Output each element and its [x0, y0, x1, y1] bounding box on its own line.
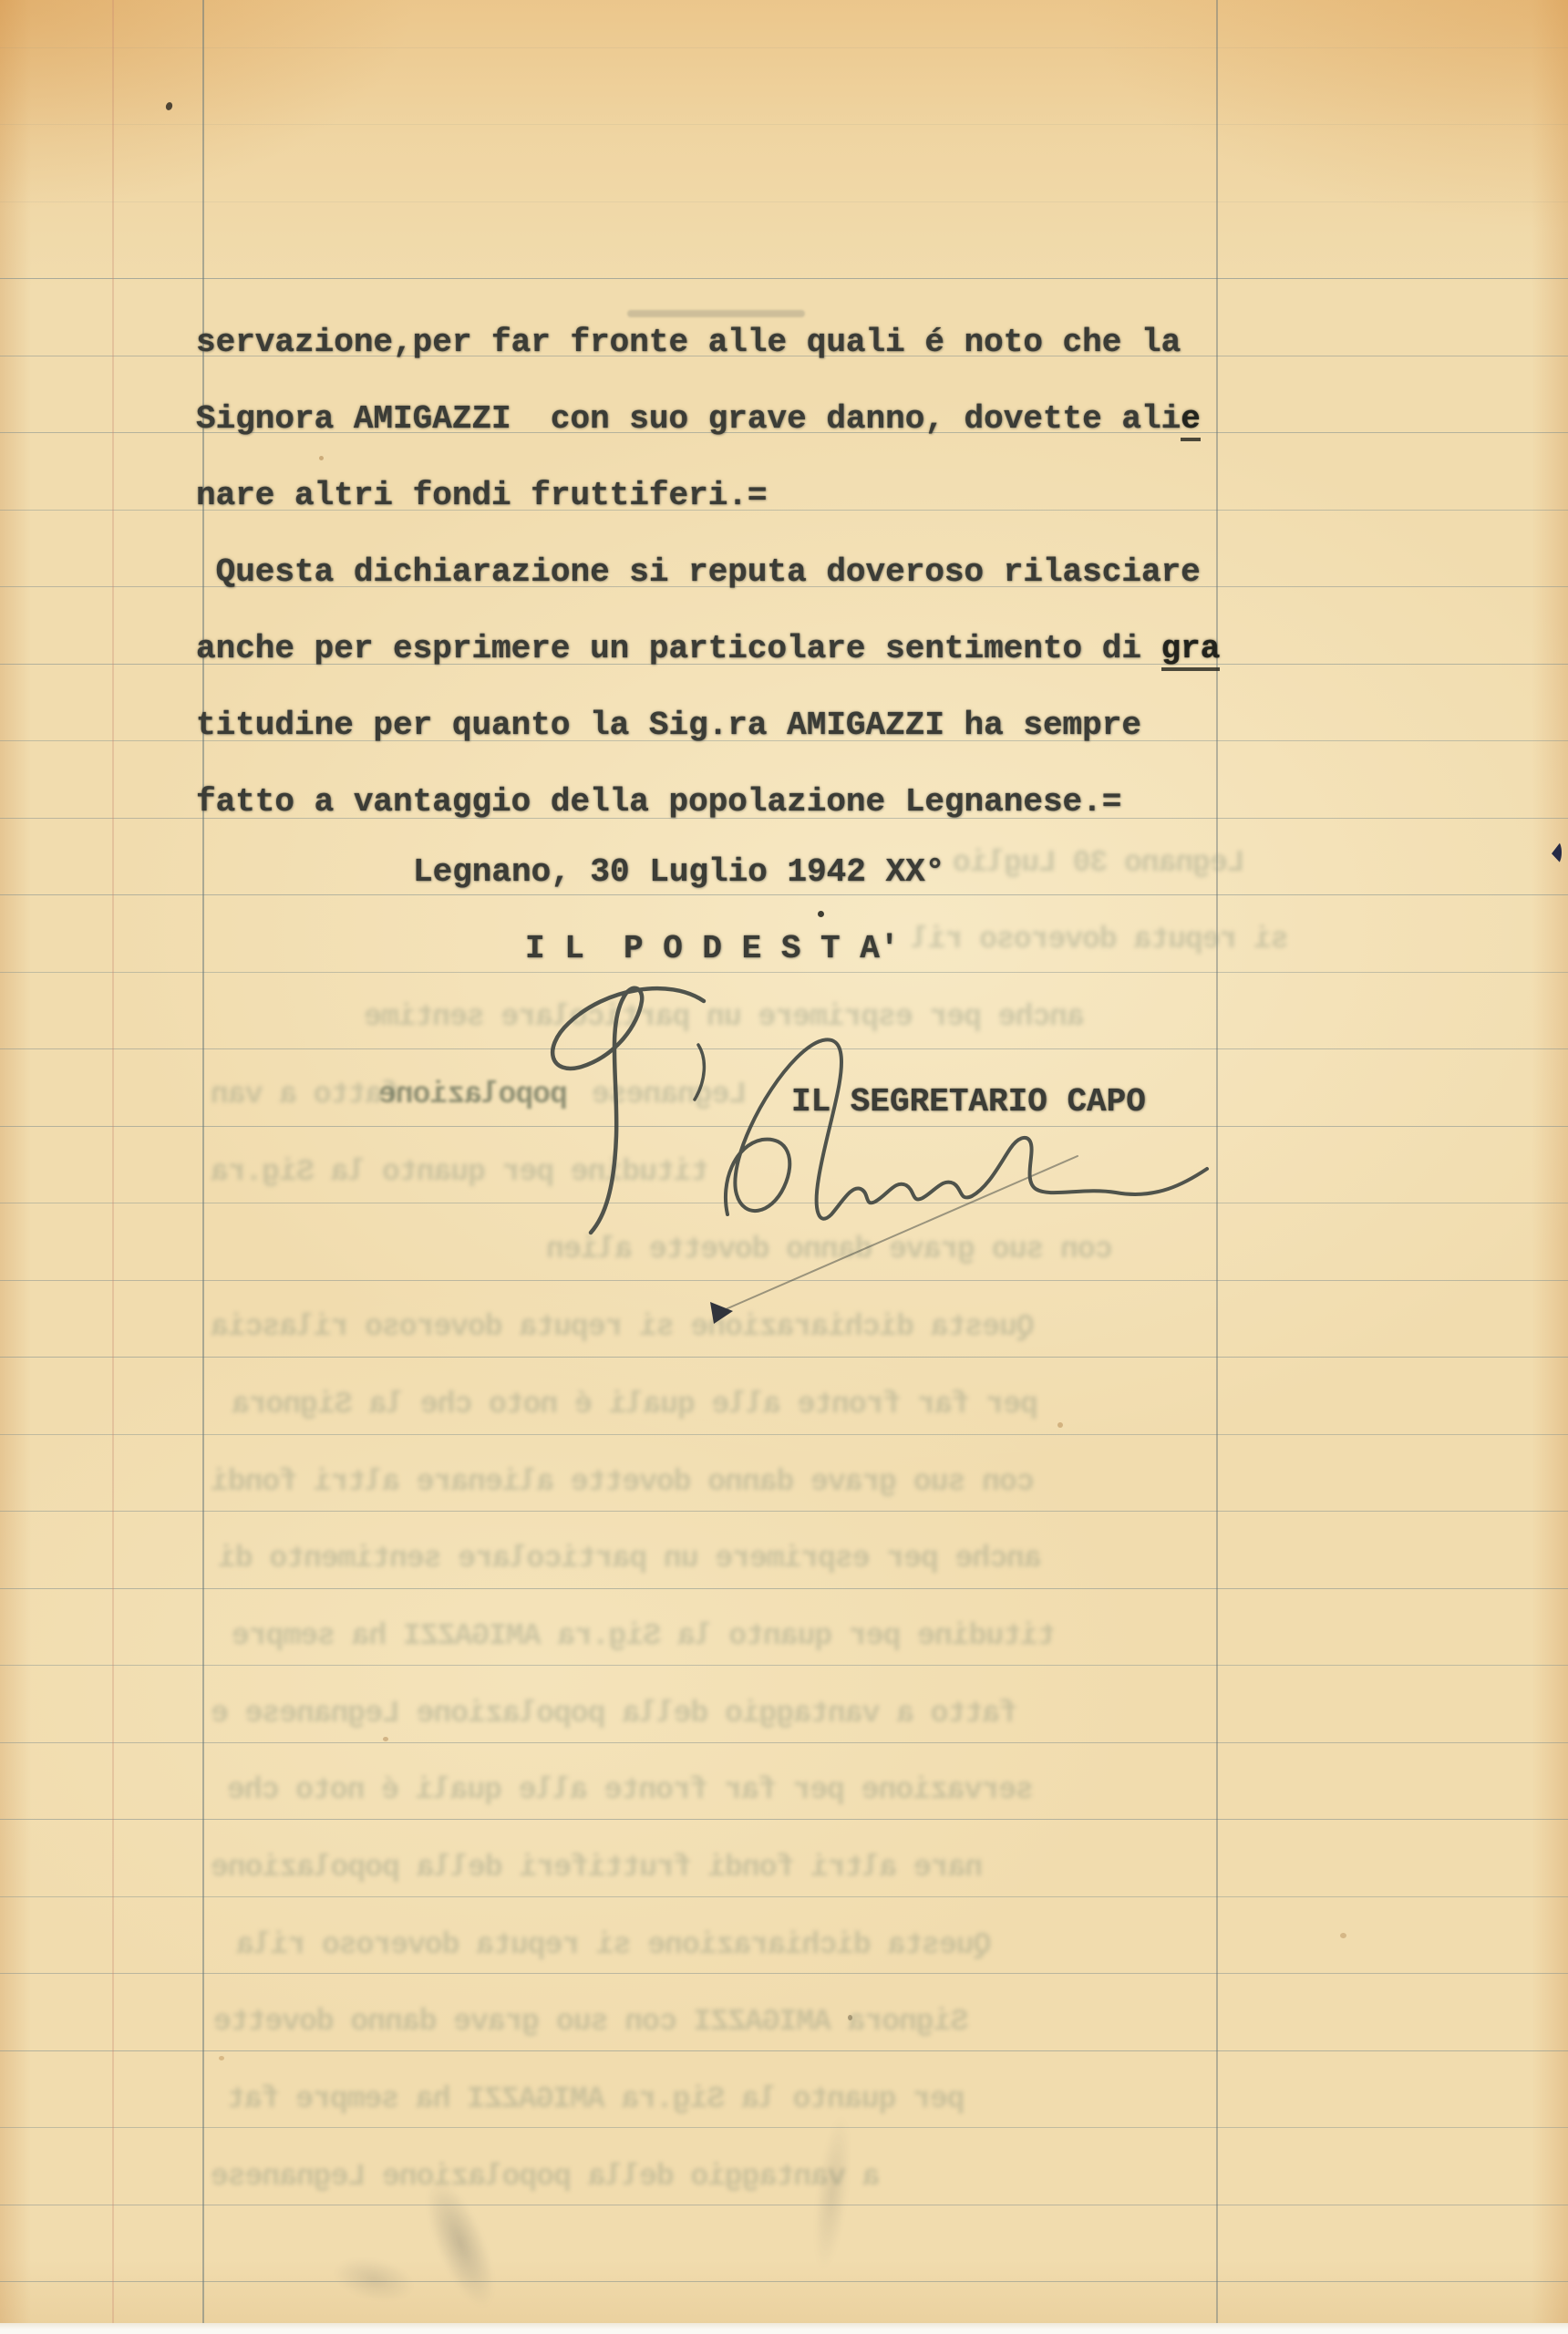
paper-freckle: [383, 1737, 388, 1741]
margin-line: [112, 0, 114, 2323]
secretary-title-line: IL SEGRETARIO CAPO: [791, 1082, 1146, 1122]
bleed-through-row: nare altri fondi fruttiferi della popola…: [211, 1850, 983, 1886]
ruled-line: [0, 2127, 1568, 2128]
paper-freckle: [219, 2056, 224, 2060]
paper-freckle: [319, 456, 324, 460]
scan-edge-bottom: [0, 2323, 1568, 2334]
underlined-tail: e: [1181, 400, 1201, 441]
bleed-through-row: servazione per far fronte alle quali é n…: [228, 1772, 1034, 1809]
ruled-line: [0, 201, 1568, 202]
faint-overstrike-mark: [627, 310, 805, 317]
bleed-through-row: anche per esprimere un particolare senti…: [219, 1541, 1042, 1577]
bleed-through-row: con suo grave danno dovette alienare alt…: [211, 1464, 1035, 1501]
ruled-line: [0, 1588, 1568, 1589]
bleed-through-row: Signora AMIGAZZI con suo grave danno dov…: [214, 2004, 968, 2040]
ruled-line: [0, 1126, 1568, 1127]
typed-line: Signora AMIGAZZI con suo grave danno, do…: [196, 399, 1201, 439]
date-line: Legnano, 30 Luglio 1942 XX°: [413, 852, 944, 893]
bleed-through-row: fatto a vantaggio della popolazione Legn…: [211, 1696, 1017, 1732]
ruled-line: [0, 894, 1568, 895]
typed-line: nare altri fondi fruttiferi.=: [196, 476, 768, 516]
ruled-line: [0, 278, 1568, 279]
ruled-line: [0, 1896, 1568, 1897]
bleed-through-row-dark: popolazione: [379, 1077, 568, 1113]
typed-line: fatto a vantaggio della popolazione Legn…: [196, 782, 1121, 822]
paper-freckle: [848, 2015, 852, 2020]
bleed-through-row: anche per esprimere un particolare senti…: [365, 999, 1085, 1036]
typed-line: Questa dichiarazione si reputa doveroso …: [196, 553, 1201, 593]
ruled-line: [0, 2205, 1568, 2205]
bleed-through-row: titudine per quanto la Sig.ra: [211, 1154, 708, 1191]
bleed-through-row: per far fronte alle quali é noto che la …: [232, 1387, 1038, 1423]
ruled-line: [0, 124, 1568, 125]
bleed-through-row: si reputa doveroso ril: [912, 922, 1289, 958]
ink-dot: [818, 911, 824, 917]
ruled-line: [0, 2281, 1568, 2282]
ruled-line: [0, 1357, 1568, 1358]
typed-line: servazione,per far fronte alle quali é n…: [196, 323, 1181, 363]
ruled-line: [0, 1511, 1568, 1512]
ruled-line: [0, 1280, 1568, 1281]
ruled-line: [0, 1819, 1568, 1820]
ruled-line: [0, 1742, 1568, 1743]
bleed-through-row: Questa dichiarazione si reputa doveroso …: [237, 1927, 991, 1964]
ruled-line: [0, 2050, 1568, 2051]
bleed-through-row: con suo grave danno dovette alien: [547, 1232, 1113, 1268]
ruled-line: [0, 1048, 1568, 1049]
ruled-line: [0, 47, 1568, 48]
margin-line: [1216, 0, 1218, 2323]
bleed-through-row: Legnanese: [593, 1077, 747, 1113]
scanned-document: Legnano 30 Lugliosi reputa doveroso rila…: [0, 0, 1568, 2334]
ruled-line: [0, 972, 1568, 973]
ruled-line: [0, 1665, 1568, 1666]
paper-freckle: [1057, 1422, 1063, 1428]
underlined-tail: gra: [1161, 630, 1221, 671]
ruled-line: [0, 1973, 1568, 1974]
bleed-through-row: titudine per quanto la Sig.ra AMIGAZZI h…: [232, 1618, 1056, 1655]
typed-line: titudine per quanto la Sig.ra AMIGAZZI h…: [196, 706, 1141, 746]
ruled-line: [0, 1434, 1568, 1435]
typed-line: anche per esprimere un particolare senti…: [196, 629, 1220, 669]
bleed-through-row: Questa dichiarazione si reputa doveroso …: [211, 1309, 1035, 1346]
bleed-through-row: a vantaggio della popolazione Legnanese: [211, 2159, 880, 2195]
podesta-title-line: I L P O D E S T A': [525, 929, 899, 969]
bleed-through-row: fatto a van: [211, 1077, 400, 1113]
bleed-through-row: Legnano 30 Luglio: [954, 845, 1245, 882]
paper-freckle: [1340, 1933, 1346, 1938]
ruled-line: [0, 1203, 1568, 1203]
